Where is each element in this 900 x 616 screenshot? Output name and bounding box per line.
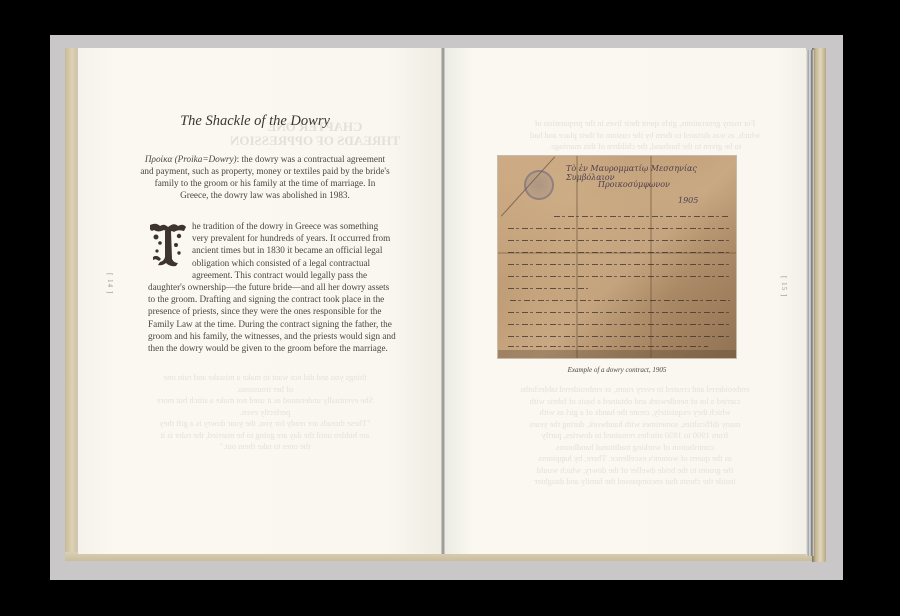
document-heading-line: Προικοσύμφωνον — [598, 180, 670, 189]
intro-paragraph: Προίκα (Proika=Dowry): the dowry was a c… — [140, 153, 390, 201]
bleed-through-right-top: For many generations, girls spent their … — [525, 118, 765, 153]
book-cover-right-edge — [812, 48, 826, 562]
ornamental-drop-cap-icon — [148, 221, 188, 269]
chapter-title: The Shackle of the Dowry — [110, 113, 400, 130]
greek-term: Προίκα (Proika=Dowry) — [145, 154, 237, 164]
page-number-left: [ 14 ] — [106, 273, 114, 294]
image-caption: Example of a dowry contract, 1905 — [498, 366, 736, 374]
page-number-right: [ 15 ] — [780, 276, 788, 297]
official-stamp-icon — [524, 170, 554, 200]
document-heading-line: 1905 — [678, 196, 698, 205]
bleed-through-right-bottom: embroidered and created in every room, o… — [500, 384, 770, 488]
book-gutter — [441, 48, 445, 554]
dowry-contract-image: Τὸ ἐν Μαυρομματίῳ Μεσσηνίας Συμβόλαιον Π… — [498, 156, 736, 358]
page-stack-edge — [806, 50, 814, 556]
bleed-through-left-bottom: things you and did not want to make a mi… — [135, 372, 395, 453]
book-cover-left-edge — [65, 48, 77, 560]
body-paragraph: he tradition of the dowry in Greece was … — [148, 220, 396, 354]
